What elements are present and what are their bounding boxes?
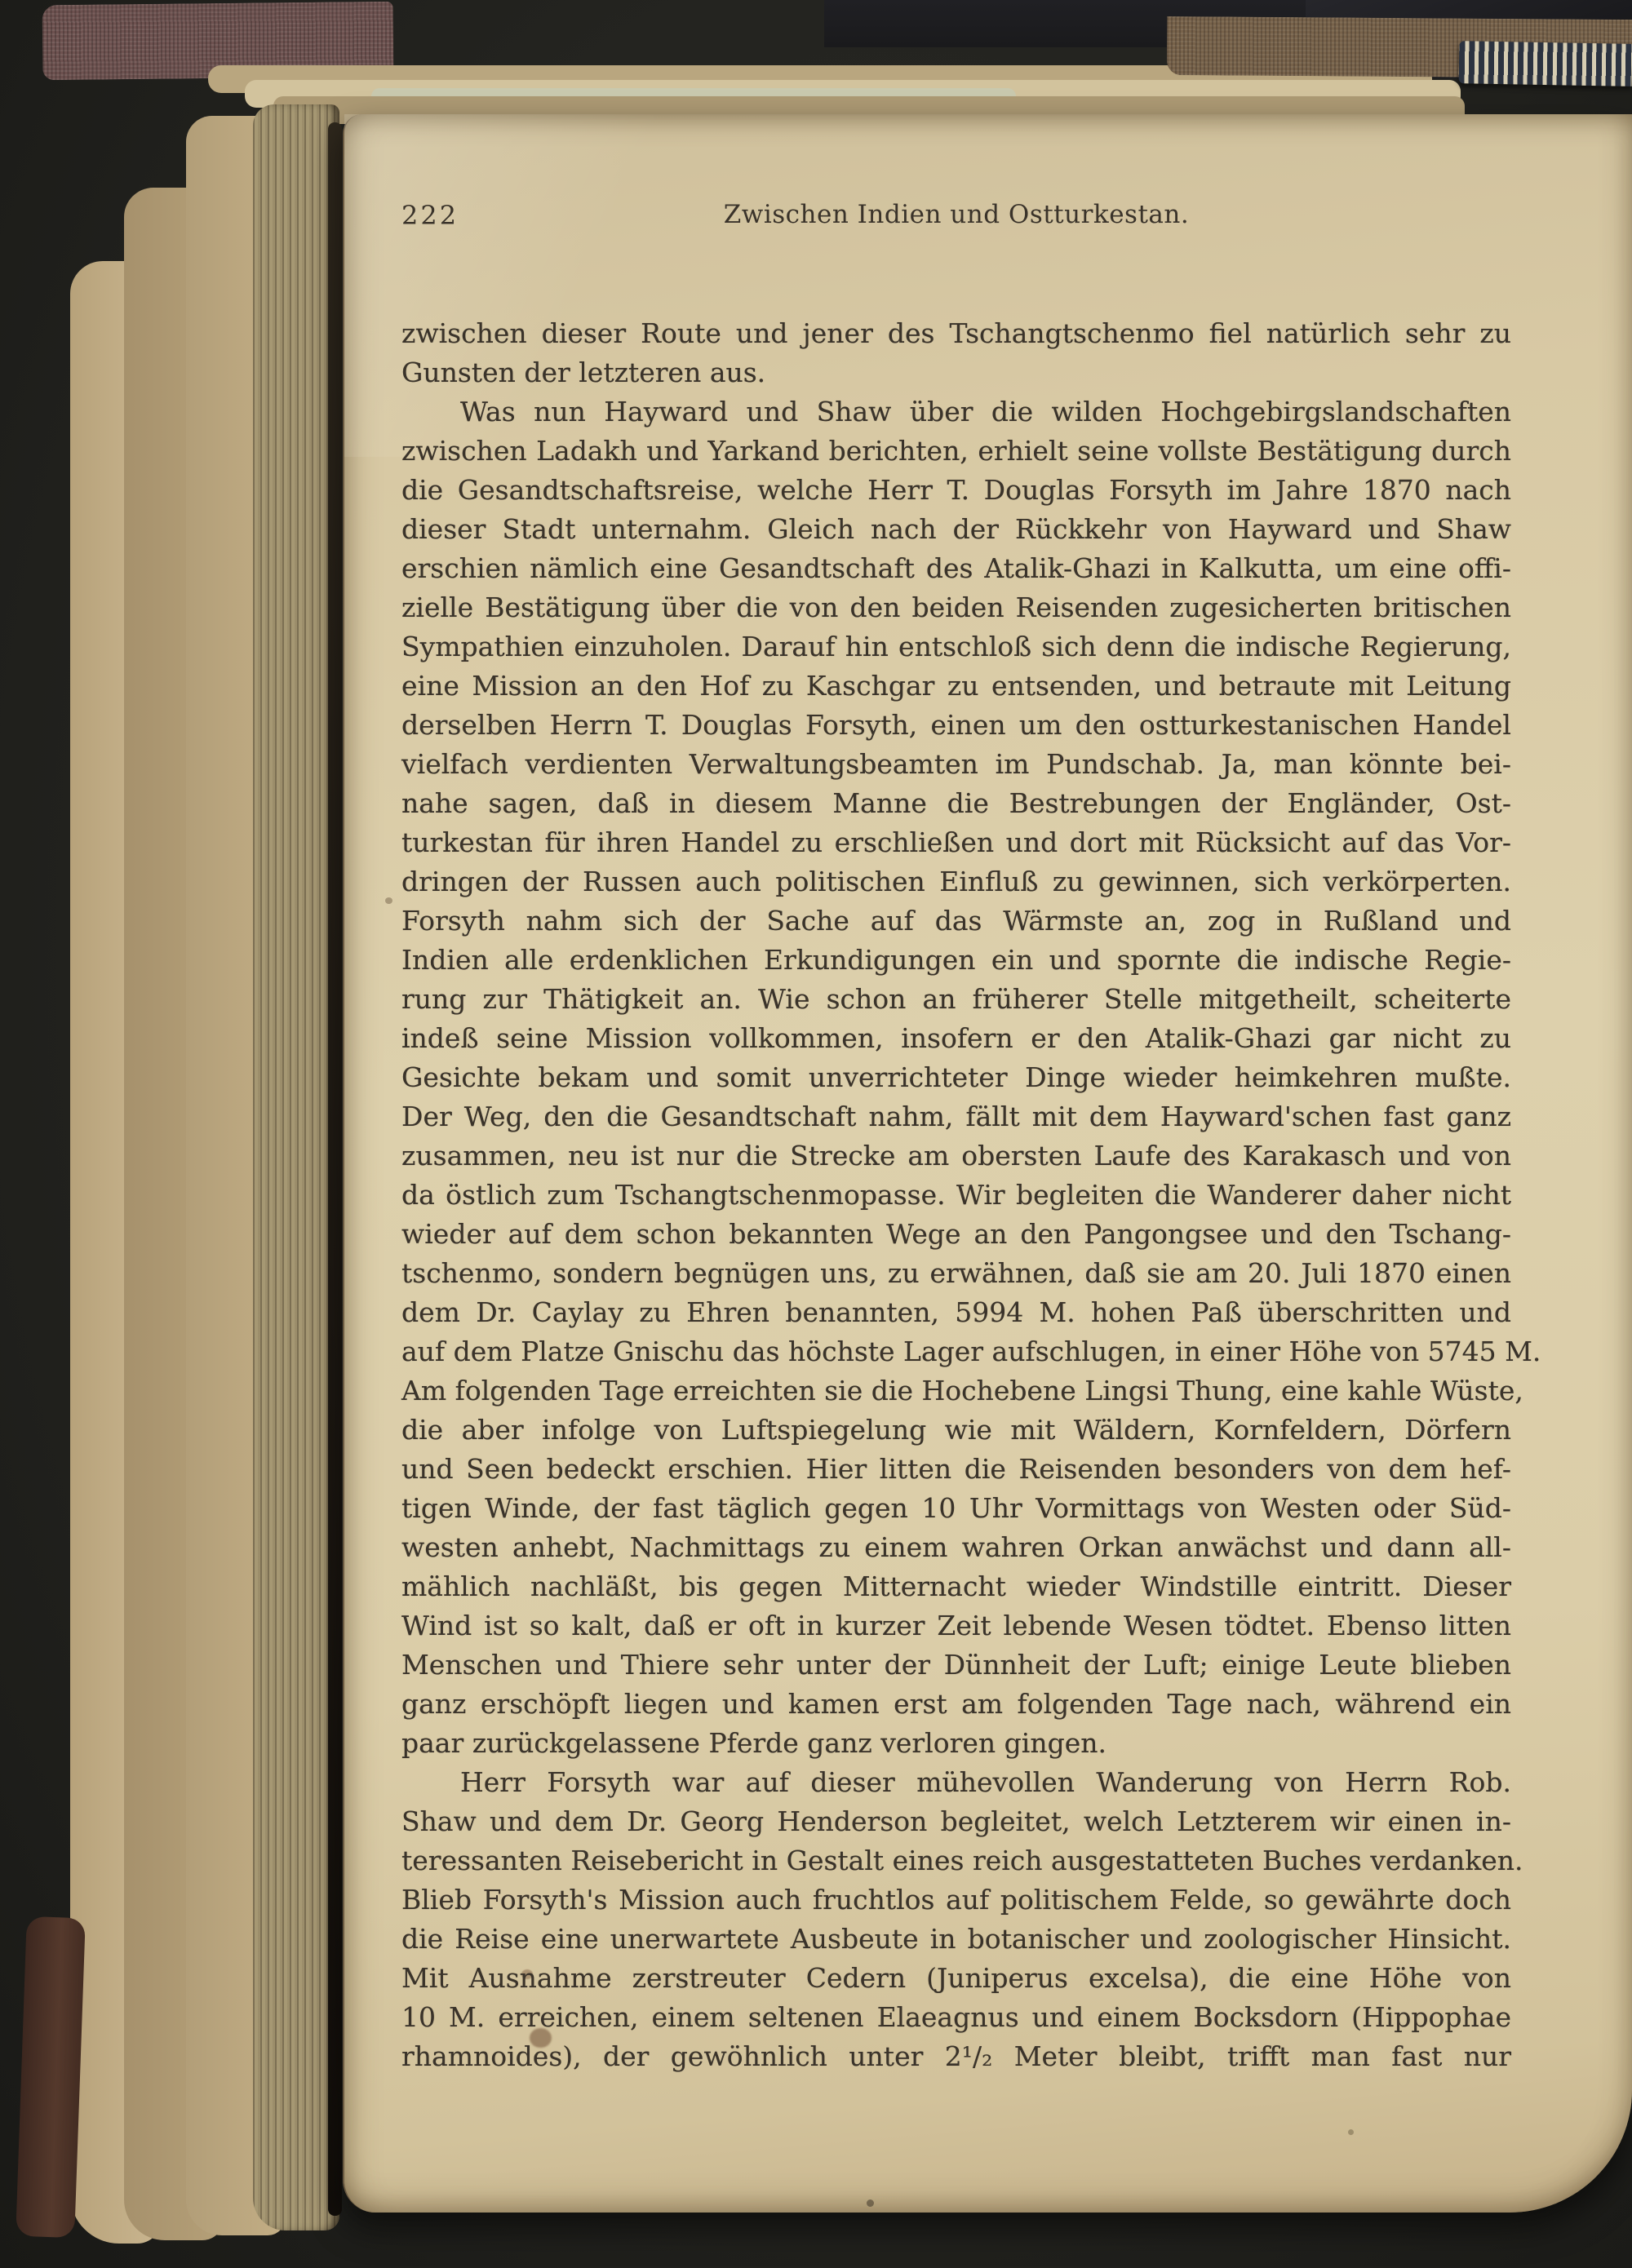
page-body-text: zwischen dieser Route und jener des Tsch… bbox=[401, 314, 1511, 2076]
text-line: turkestan für ihren Handel zu erschließe… bbox=[401, 823, 1511, 862]
text-line: Was nun Hayward und Shaw über die wilden… bbox=[401, 392, 1511, 432]
text-line: zwischen Ladakh und Yarkand berichten, e… bbox=[401, 432, 1511, 471]
text-line: rung zur Thätigkeit an. Wie schon an frü… bbox=[401, 980, 1511, 1019]
text-line: die Gesandtschaftsreise, welche Herr T. … bbox=[401, 471, 1511, 510]
book-page: 222 Zwischen Indien und Ostturkestan. zw… bbox=[343, 114, 1632, 2213]
text-line: zielle Bestätigung über die von den beid… bbox=[401, 588, 1511, 627]
text-line: westen anhebt, Nachmittags zu einem wahr… bbox=[401, 1528, 1511, 1567]
text-line: und Seen bedeckt erschien. Hier litten d… bbox=[401, 1450, 1511, 1489]
text-line: Menschen und Thiere sehr unter der Dünnh… bbox=[401, 1646, 1511, 1685]
text-line: indeß seine Mission vollkommen, insofern… bbox=[401, 1019, 1511, 1058]
text-line: Am folgenden Tage erreichten sie die Hoc… bbox=[401, 1371, 1511, 1411]
text-line: mählich nachläßt, bis gegen Mitternacht … bbox=[401, 1567, 1511, 1606]
text-line: 10 M. erreichen, einem seltenen Elaeagnu… bbox=[401, 1998, 1511, 2037]
text-line: nahe sagen, daß in diesem Manne die Best… bbox=[401, 784, 1511, 823]
text-line: Herr Forsyth war auf dieser mühevollen W… bbox=[401, 1763, 1511, 1802]
page-header: 222 Zwischen Indien und Ostturkestan. bbox=[401, 200, 1511, 237]
text-line: da östlich zum Tschangtschenmopasse. Wir… bbox=[401, 1176, 1511, 1215]
text-line: zusammen, neu ist nur die Strecke am obe… bbox=[401, 1136, 1511, 1176]
foxing-speck bbox=[1348, 2129, 1354, 2135]
text-line: Mit Ausnahme zerstreuter Cedern (Juniper… bbox=[401, 1959, 1511, 1998]
book-cover-edge-bottom bbox=[16, 1916, 86, 2238]
text-line: die aber infolge von Luftspiegelung wie … bbox=[401, 1411, 1511, 1450]
text-line: Indien alle erdenklichen Erkundigungen e… bbox=[401, 941, 1511, 980]
text-line: Blieb Forsyth's Mission auch fruchtlos a… bbox=[401, 1880, 1511, 1920]
text-line: dem Dr. Caylay zu Ehren benannten, 5994 … bbox=[401, 1293, 1511, 1332]
text-line: erschien nämlich eine Gesandtschaft des … bbox=[401, 549, 1511, 588]
page-gap-shadow bbox=[328, 122, 342, 2216]
text-line: wieder auf dem schon bekannten Wege an d… bbox=[401, 1215, 1511, 1254]
text-line: Sympathien einzuholen. Darauf hin entsch… bbox=[401, 627, 1511, 667]
text-line: derselben Herrn T. Douglas Forsyth, eine… bbox=[401, 706, 1511, 745]
text-line: tigen Winde, der fast täglich gegen 10 U… bbox=[401, 1489, 1511, 1528]
text-line: teressanten Reisebericht in Gestalt eine… bbox=[401, 1841, 1511, 1880]
text-line: vielfach verdienten Verwaltungsbeamten i… bbox=[401, 745, 1511, 784]
text-line: dieser Stadt unternahm. Gleich nach der … bbox=[401, 510, 1511, 549]
foxing-speck bbox=[385, 897, 392, 904]
text-line: Der Weg, den die Gesandtschaft nahm, fäl… bbox=[401, 1097, 1511, 1136]
text-line: auf dem Platze Gnischu das höchste Lager… bbox=[401, 1332, 1511, 1371]
text-line: Gunsten der letzteren aus. bbox=[401, 353, 1511, 392]
text-line: Shaw und dem Dr. Georg Henderson begleit… bbox=[401, 1802, 1511, 1841]
foxing-speck bbox=[867, 2199, 874, 2207]
text-line: Gesichte bekam und somit unverrichteter … bbox=[401, 1058, 1511, 1097]
text-line: eine Mission an den Hof zu Kaschgar zu e… bbox=[401, 667, 1511, 706]
text-line: dringen der Russen auch politischen Einf… bbox=[401, 862, 1511, 901]
text-line: tschenmo, sondern begnügen uns, zu erwäh… bbox=[401, 1254, 1511, 1293]
running-title: Zwischen Indien und Ostturkestan. bbox=[401, 200, 1511, 229]
text-line: rhamnoides), der gewöhnlich unter 2¹/₂ M… bbox=[401, 2037, 1511, 2076]
page-edge-left-stack bbox=[253, 104, 339, 2230]
text-line: zwischen dieser Route und jener des Tsch… bbox=[401, 314, 1511, 353]
book-photo-scene: 222 Zwischen Indien und Ostturkestan. zw… bbox=[0, 0, 1632, 2268]
text-line: paar zurückgelassene Pferde ganz verlore… bbox=[401, 1724, 1511, 1763]
text-line: Wind ist so kalt, daß er oft in kurzer Z… bbox=[401, 1606, 1511, 1646]
text-line: ganz erschöpft liegen und kamen erst am … bbox=[401, 1685, 1511, 1724]
text-line: die Reise eine unerwartete Ausbeute in b… bbox=[401, 1920, 1511, 1959]
text-line: Forsyth nahm sich der Sache auf das Wärm… bbox=[401, 901, 1511, 941]
book-headband-stripes bbox=[1459, 41, 1632, 86]
